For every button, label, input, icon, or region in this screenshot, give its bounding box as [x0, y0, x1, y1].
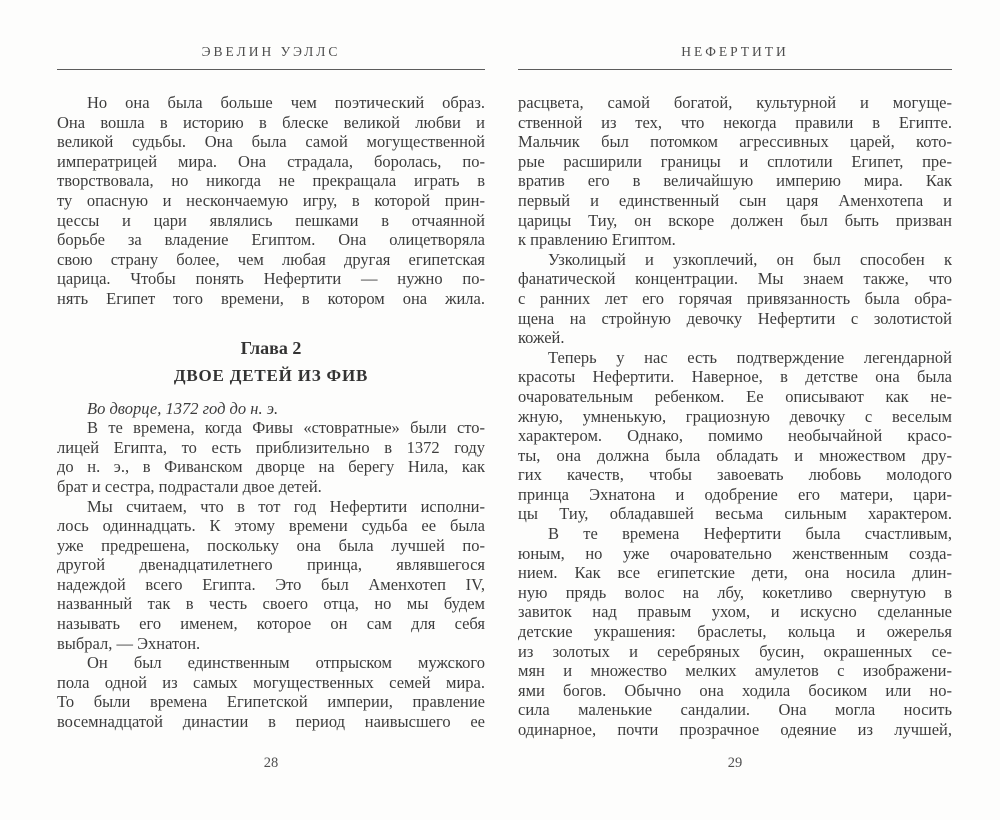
text-line: мян и множество мелких амулетов с изобра… [518, 661, 952, 681]
text-line: брат и сестра, подрастали двое детей. [57, 477, 485, 497]
text-line: другой двенадцатилетнего принца, являвше… [57, 555, 485, 575]
text-line: жную, умненькую, грациозную девочку с ве… [518, 407, 952, 427]
text-line: лицей Египта, то есть приблизительно в 1… [57, 438, 485, 458]
text-line: уже предрешена, поскольку она была лучше… [57, 536, 485, 556]
text-line: из золотых и серебряных бусин, окрашенны… [518, 642, 952, 662]
left-page-body: Но она была больше чем поэтический образ… [57, 93, 485, 732]
paragraph: Он был единственным отпрыском мужскогопо… [57, 653, 485, 731]
page-number: 29 [518, 755, 952, 772]
text-line: до н. э., в Фиванском дворце на берегу Н… [57, 457, 485, 477]
text-line: Во дворце, 1372 год до н. э. [57, 399, 485, 419]
text-line: выбрал, — Эхнатон. [57, 634, 485, 654]
chapter-subtitle: ДВОЕ ДЕТЕЙ ИЗ ФИВ [57, 365, 485, 387]
text-line: цы Тиу, обладавшей весьма сильным характ… [518, 504, 952, 524]
paragraph: Теперь у нас есть подтверждение легендар… [518, 348, 952, 524]
text-line: Он был единственным отпрыском мужского [57, 653, 485, 673]
text-line: нять Египет того времени, в котором она … [57, 289, 485, 309]
text-line: кожей. [518, 328, 952, 348]
text-line: лось одиннадцать. К этому времени судьба… [57, 516, 485, 536]
text-line: гих качеств, чтобы завоевать любовь моло… [518, 465, 952, 485]
paragraph: Узколицый и узкоплечий, он был способен … [518, 250, 952, 348]
text-line: вратив его в величайшую империю мира. Ка… [518, 171, 952, 191]
text-line: ственной из тех, что некогда правили в Е… [518, 113, 952, 133]
book-spread: ЭВЕЛИН УЭЛЛС Но она была больше чем поэт… [0, 0, 1000, 820]
text-line: к правлению Египтом. [518, 230, 952, 250]
text-line: красоты Нефертити. Наверное, в детстве о… [518, 367, 952, 387]
text-line: царицы Тиу, он вскоре должен был быть пр… [518, 211, 952, 231]
left-page: ЭВЕЛИН УЭЛЛС Но она была больше чем поэт… [57, 0, 485, 820]
right-page: НЕФЕРТИТИ расцвета, самой богатой, культ… [518, 0, 952, 820]
text-line: Мальчик был потомком агрессивных царей, … [518, 132, 952, 152]
text-line: Узколицый и узкоплечий, он был способен … [518, 250, 952, 270]
paragraph: Но она была больше чем поэтический образ… [57, 93, 485, 309]
text-line: ями богов. Обычно она ходила босиком или… [518, 681, 952, 701]
text-line: Мы считаем, что в тот год Нефертити испо… [57, 497, 485, 517]
header-rule [518, 69, 952, 70]
paragraph: Мы считаем, что в тот год Нефертити испо… [57, 497, 485, 654]
text-line: фанатической концентрации. Мы знаем такж… [518, 269, 952, 289]
text-line: В те времена Нефертити была счастливым, [518, 524, 952, 544]
text-line: с ранних лет его горячая привязанность б… [518, 289, 952, 309]
text-line: творствовала, но никогда не прекращала и… [57, 171, 485, 191]
text-line: первый и единственный сын царя Аменхотеп… [518, 191, 952, 211]
running-header-author: ЭВЕЛИН УЭЛЛС [57, 0, 485, 60]
text-line: В те времена, когда Фивы «стовратные» бы… [57, 418, 485, 438]
text-line: сила маленькие сандалии. Она могла носит… [518, 700, 952, 720]
text-line: очаровательным ребенком. Ее описывают ка… [518, 387, 952, 407]
text-line: Она вошла в историю в блеске великой люб… [57, 113, 485, 133]
scene-setting-line: Во дворце, 1372 год до н. э. [57, 399, 485, 419]
right-page-body: расцвета, самой богатой, культурной и мо… [518, 93, 952, 740]
text-line: Теперь у нас есть подтверждение легендар… [518, 348, 952, 368]
text-line: ту опасную и нескончаемую игру, в которо… [57, 191, 485, 211]
text-line: пола одной из самых могущественных семей… [57, 673, 485, 693]
text-line: рые расширили границы и сплотили Египет,… [518, 152, 952, 172]
text-line: юным, но уже очаровательно женственным с… [518, 544, 952, 564]
text-line: ную прядь волос на лбу, кокетливо сверну… [518, 583, 952, 603]
text-line: царица. Чтобы понять Нефертити — нужно п… [57, 269, 485, 289]
chapter-heading: Глава 2ДВОЕ ДЕТЕЙ ИЗ ФИВ [57, 337, 485, 387]
text-line: императрицей мира. Она страдала, боролас… [57, 152, 485, 172]
text-line: цессы и цари являлись пешками в отчаянно… [57, 211, 485, 231]
text-line: Но она была больше чем поэтический образ… [57, 93, 485, 113]
paragraph: расцвета, самой богатой, культурной и мо… [518, 93, 952, 250]
text-line: завиток над правым ухом, и искусно сдела… [518, 602, 952, 622]
text-line: детские украшения: браслеты, кольца и ож… [518, 622, 952, 642]
text-line: ты, она должна была обладать и множество… [518, 446, 952, 466]
text-line: одинарное, почти прозрачное одеяние из л… [518, 720, 952, 740]
text-line: принца Эхнатона и одобрение его матери, … [518, 485, 952, 505]
text-line: борьбе за владение Египтом. Она олицетво… [57, 230, 485, 250]
text-line: характером. Однако, помимо необычайной к… [518, 426, 952, 446]
page-number: 28 [57, 755, 485, 772]
chapter-number: Глава 2 [57, 337, 485, 359]
text-line: То были времена Египетской империи, прав… [57, 692, 485, 712]
text-line: щена на стройную девочку Нефертити с зол… [518, 309, 952, 329]
text-line: надеждой всего Египта. Это был Аменхотеп… [57, 575, 485, 595]
text-line: расцвета, самой богатой, культурной и мо… [518, 93, 952, 113]
text-line: великой судьбы. Она была самой могуществ… [57, 132, 485, 152]
text-line: названный так в честь своего отца, но мы… [57, 594, 485, 614]
paragraph: В те времена Нефертити была счастливым,ю… [518, 524, 952, 740]
paragraph: В те времена, когда Фивы «стовратные» бы… [57, 418, 485, 496]
text-line: восемнадцатой династии в период наивысше… [57, 712, 485, 732]
text-line: свою страну более, чем любая другая егип… [57, 250, 485, 270]
header-rule [57, 69, 485, 70]
running-header-title: НЕФЕРТИТИ [518, 0, 952, 60]
text-line: называть его именем, которое он сам для … [57, 614, 485, 634]
text-line: нием. Как все египетские дети, она носил… [518, 563, 952, 583]
